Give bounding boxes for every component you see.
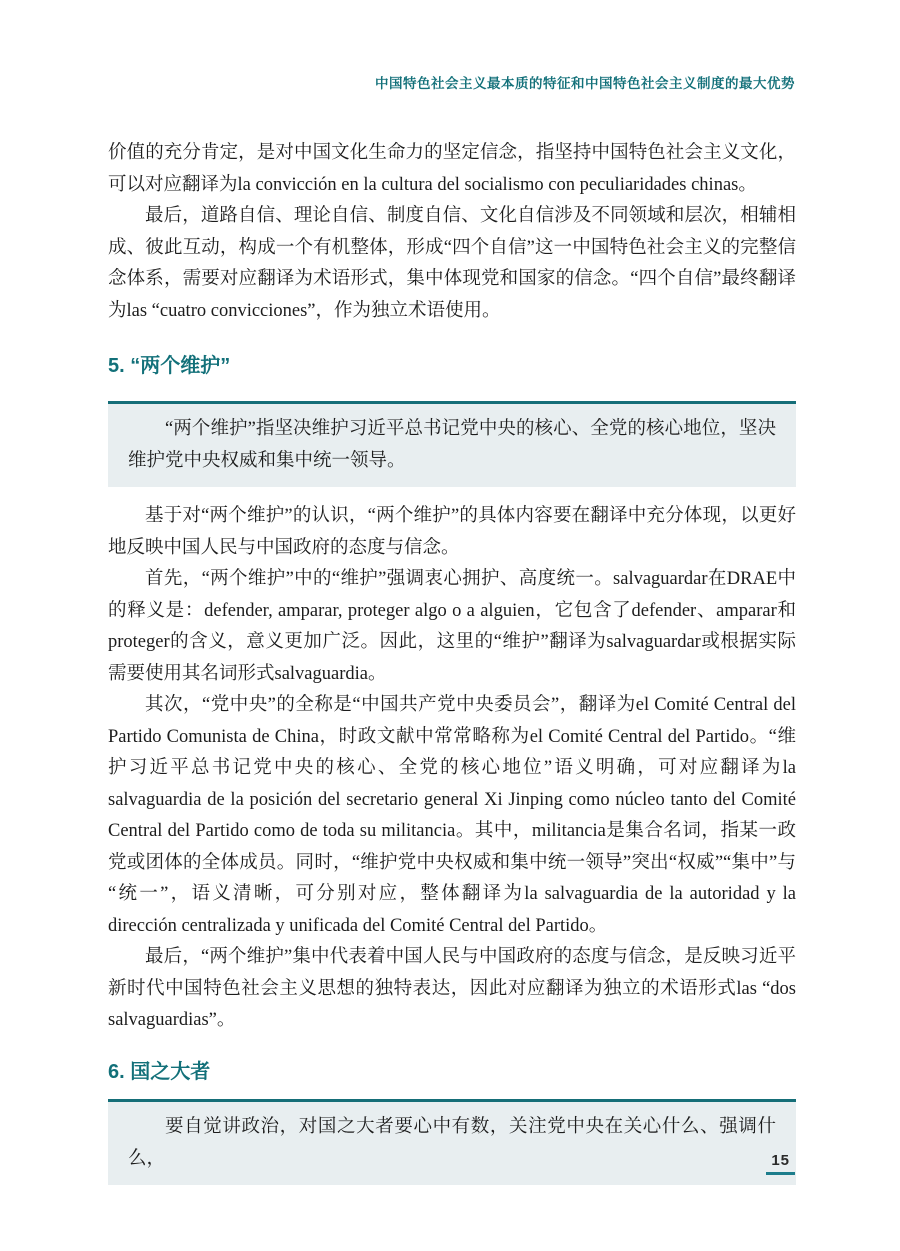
key-quote-box: 要自觉讲政治，对国之大者要心中有数，关注党中央在关心什么、强调什么， — [108, 1099, 796, 1185]
document-page: 中国特色社会主义最本质的特征和中国特色社会主义制度的最大优势 价值的充分肯定，是… — [0, 0, 900, 1251]
paragraph: 首先，“两个维护”中的“维护”强调衷心拥护、高度统一。salvaguardar在… — [108, 564, 796, 690]
key-quote-box: “两个维护”指坚决维护习近平总书记党中央的核心、全党的核心地位，坚决维护党中央权… — [108, 401, 796, 487]
page-footer: 15 — [766, 1152, 795, 1175]
key-quote-text: 要自觉讲政治，对国之大者要心中有数，关注党中央在关心什么、强调什么， — [128, 1111, 776, 1175]
text-column: 价值的充分肯定，是对中国文化生命力的坚定信念，指坚持中国特色社会主义文化，可以对… — [108, 0, 796, 1185]
section-heading-5: 5. “两个维护” — [108, 353, 796, 379]
section-heading-6: 6. 国之大者 — [108, 1059, 796, 1085]
paragraph: 其次，“党中央”的全称是“中国共产党中央委员会”，翻译为el Comité Ce… — [108, 690, 796, 942]
key-quote-text: “两个维护”指坚决维护习近平总书记党中央的核心、全党的核心地位，坚决维护党中央权… — [128, 413, 776, 477]
paragraph: 基于对“两个维护”的认识，“两个维护”的具体内容要在翻译中充分体现，以更好地反映… — [108, 501, 796, 564]
paragraph: 最后，道路自信、理论自信、制度自信、文化自信涉及不同领域和层次，相辅相成、彼此互… — [108, 201, 796, 327]
paragraph: 最后，“两个维护”集中代表着中国人民与中国政府的态度与信念，是反映习近平新时代中… — [108, 942, 796, 1037]
paragraph-continued: 价值的充分肯定，是对中国文化生命力的坚定信念，指坚持中国特色社会主义文化，可以对… — [108, 138, 796, 201]
page-number: 15 — [766, 1152, 795, 1175]
